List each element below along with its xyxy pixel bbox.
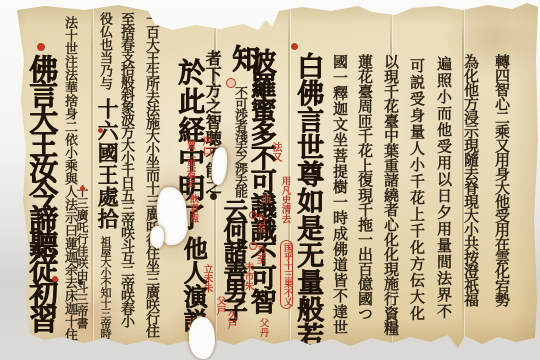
vermilion-note-circled: 国乎十三果不乂 xyxy=(280,240,293,309)
vermilion-dot xyxy=(150,11,156,17)
vermilion-dot xyxy=(52,276,58,282)
vermilion-dot xyxy=(291,43,298,50)
vermilion-note: 飲君盍 xyxy=(188,194,198,223)
paper-hole xyxy=(150,226,164,248)
vermilion-dot xyxy=(80,186,85,191)
sutra-column-buddha-said-king: 佛言大王汝今諦聽従初習 xyxy=(27,54,56,329)
manuscript-paper-sheet: 白佛言世尊如是无量般若 波羅蜜多不可議識不可智 知 云何諸善男子 他人演説 於此… xyxy=(0,0,540,360)
vermilion-ring-mark xyxy=(249,211,257,219)
commentary-column: 十三廣吒行佳咲由斗三帝書 xyxy=(76,185,88,329)
sutra-column-sixteen-kings: 十六國王處拾 xyxy=(97,98,118,230)
sutra-column-know: 知 xyxy=(230,44,258,72)
fold-crease xyxy=(91,6,93,344)
commentary-column: 遍照小而他受用以日夕用量間法界不 xyxy=(436,56,451,320)
paper-hole xyxy=(189,317,215,359)
vermilion-ring-mark xyxy=(226,78,236,88)
vermilion-note: 法又 xyxy=(270,142,280,162)
vermilion-note: 父丹 xyxy=(258,318,268,337)
commentary-column: 轉四智心二乘又用身大他受用在雲化宕勢 xyxy=(494,54,509,306)
vermilion-note: 立未朱 xyxy=(202,264,212,293)
vermilion-dot xyxy=(98,128,103,133)
commentary-column: 以現千花臺中葉重諸繞者心化化現施行資糧 xyxy=(383,54,398,335)
sutra-column-white-buddha: 白佛言世尊如是无量般若 xyxy=(294,52,321,349)
vermilion-dot xyxy=(37,43,45,51)
paper-stain xyxy=(440,0,540,80)
vermilion-note: 用凡史清去 xyxy=(280,176,290,224)
commentary-column: 可説受身量人小千花上千化方伝大化 xyxy=(409,58,424,322)
vermilion-ring-mark xyxy=(249,242,257,250)
commentary-column: 國一釋迦文坐菩提樹一時成佛道皆不達世 xyxy=(332,54,347,335)
commentary-column: 為化他方浸示現隨去脊現大小共按澄祇福 xyxy=(463,54,478,306)
gloss-column: 不可渉者淺去之渉去能 xyxy=(233,86,246,196)
vermilion-note: 亜 xyxy=(260,194,270,204)
commentary-column: 役仏也当乃与 xyxy=(98,12,111,90)
commentary-column: 蓮花臺周匝千花上復現千拖一出百億國つ xyxy=(357,54,372,320)
commentary-column: 至捨春支拾般斜象波方大小千日五三帝咲斗互二帝咲春小 xyxy=(120,12,134,327)
ink-dot xyxy=(210,193,217,200)
vermilion-note: 久戸 xyxy=(226,310,236,329)
ink-dot xyxy=(78,280,83,285)
vermilion-note: 賈二里盍去 xyxy=(185,140,195,188)
manuscript-photo: 白佛言世尊如是无量般若 波羅蜜多不可議識不可智 知 云何諸善男子 他人演説 於此… xyxy=(0,0,540,360)
commentary-column: 祖屋大小不知十三帝時 xyxy=(100,236,111,338)
vermilion-note: 未市朱 xyxy=(243,262,253,291)
commentary-column: 一百大王生所去法施大小坐而十三廣吒行住坐三廣咲行住 xyxy=(145,12,159,337)
vermilion-note: 父戸 xyxy=(215,296,225,315)
interlinear-gloss-column: 法十世注法華捨身二依小乘與人法示曰蓮迦余去床迦十住 xyxy=(63,16,76,341)
vermilion-note: 戸口 xyxy=(200,136,210,156)
